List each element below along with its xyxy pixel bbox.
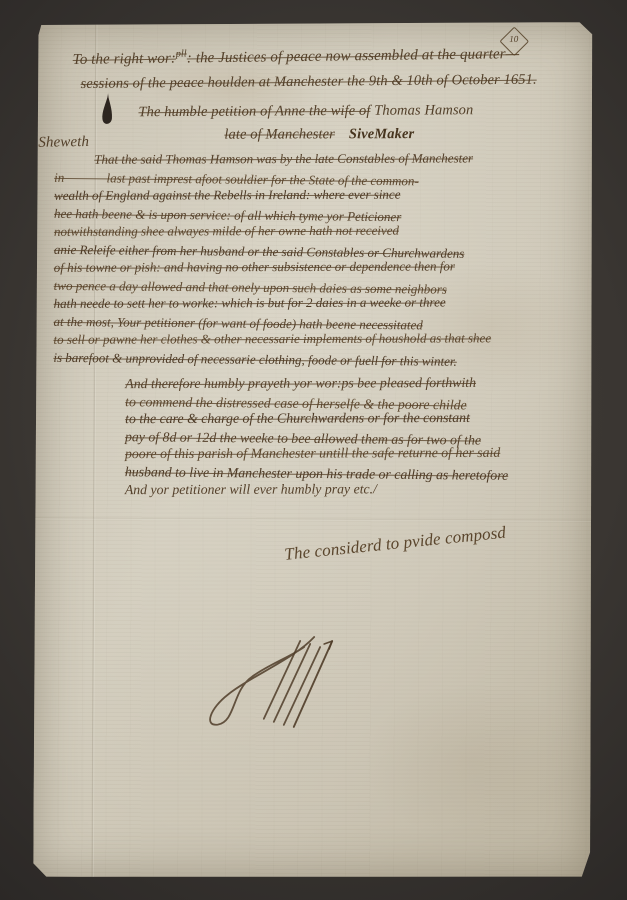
manuscript-line: That the said Thomas Hamson was by the l…	[54, 149, 492, 169]
heading-text: : the Justices of peace now assembled at…	[187, 46, 520, 66]
petitioner-husband-name: Thomas Hamson	[370, 102, 473, 119]
heading-superscript: pll	[176, 48, 187, 59]
petition-title-line-1: The humble petition of Anne the wife of …	[138, 102, 473, 121]
manuscript-line: hath neede to sett her to worke: which i…	[54, 293, 492, 313]
manuscript-line: is barefoot & unprovided of necessarie c…	[53, 349, 491, 371]
petition-document: 10 To the right wor:pll: the Justices of…	[33, 20, 594, 879]
manuscript-line: poore of this parish of Manchester until…	[125, 444, 508, 463]
title-text-struck: late of Manchester	[224, 126, 335, 142]
manuscript-line: wealth of England against the Rebells in…	[54, 185, 492, 205]
manuscript-line: to the care & charge of the Churchwarden…	[125, 409, 508, 428]
paper-stain	[363, 681, 584, 842]
prayer-paragraph: And therefore humbly prayeth yor wor:ps …	[125, 375, 509, 500]
manuscript-line: And yor petitioner will ever humbly pray…	[125, 479, 508, 498]
horizontal-fold-crease	[35, 517, 592, 522]
vertical-fold-crease	[91, 20, 98, 877]
occupation-word: SiveMaker	[349, 126, 414, 142]
ink-blot	[99, 93, 115, 129]
stamp-number: 10	[499, 34, 529, 44]
petition-title-line-2: late of ManchesterSiveMaker	[224, 126, 414, 143]
scribal-flourish-mark	[202, 615, 363, 741]
title-text-struck: The humble petition of Anne the wife of	[138, 103, 370, 120]
manuscript-line: notwithstanding shee alwayes milde of he…	[54, 221, 492, 241]
photograph-background: 10 To the right wor:pll: the Justices of…	[0, 0, 627, 900]
petition-body-paragraph: That the said Thomas Hamson was by the l…	[53, 151, 492, 369]
manuscript-line: of his towne or pish: and having no othe…	[54, 257, 492, 277]
heading-text: To the right wor:	[73, 51, 176, 68]
address-heading-line-2: sessions of the peace houlden at Manches…	[81, 72, 537, 93]
manuscript-line: to sell or pawne her clothes & other nec…	[53, 329, 491, 349]
margin-word-sheweth: Sheweth	[38, 134, 89, 152]
address-heading-line-1: To the right wor:pll: the Justices of pe…	[73, 44, 520, 69]
clerk-endorsement-note: The considerd to pvide composd	[284, 523, 507, 565]
manuscript-line: And therefore humbly prayeth yor wor:ps …	[125, 374, 508, 393]
